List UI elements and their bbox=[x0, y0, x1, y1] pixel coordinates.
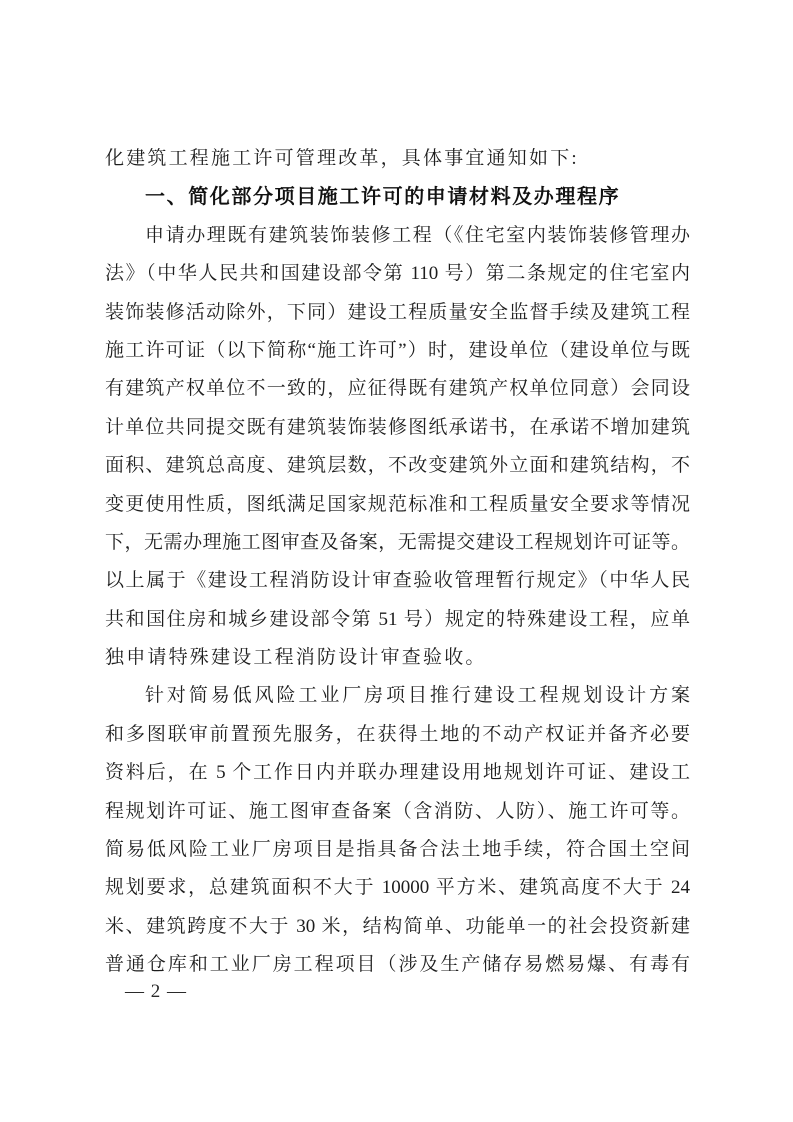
text-line: 计单位共同提交既有建筑装饰装修图纸承诺书，在承诺不增加建筑 bbox=[105, 409, 690, 447]
text-line: 米、建筑跨度不大于 30 米，结构简单、功能单一的社会投资新建 bbox=[105, 908, 690, 946]
text-line: 下，无需办理施工图审查及备案，无需提交建设工程规划许可证等。 bbox=[105, 524, 690, 562]
text-line: 针对简易低风险工业厂房项目推行建设工程规划设计方案 bbox=[105, 677, 690, 715]
text-line: 面积、建筑总高度、建筑层数，不改变建筑外立面和建筑结构，不 bbox=[105, 447, 690, 485]
text-line: 化建筑工程施工许可管理改革，具体事宜通知如下: bbox=[105, 140, 690, 178]
text-line: 装饰装修活动除外，下同）建设工程质量安全监督手续及建筑工程 bbox=[105, 294, 690, 332]
page-number: — 2 — bbox=[125, 981, 187, 1002]
text-line: 变更使用性质，图纸满足国家规范标准和工程质量安全要求等情况 bbox=[105, 486, 690, 524]
text-line: 简易低风险工业厂房项目是指具备合法土地手续，符合国土空间 bbox=[105, 831, 690, 869]
text-line: 共和国住房和城乡建设部令第 51 号）规定的特殊建设工程，应单 bbox=[105, 601, 690, 639]
text-line: 法》（中华人民共和国建设部令第 110 号）第二条规定的住宅室内 bbox=[105, 255, 690, 293]
text-line: 程规划许可证、施工图审查备案（含消防、人防）、施工许可等。 bbox=[105, 793, 690, 831]
text-line: 普通仓库和工业厂房工程项目（涉及生产储存易燃易爆、有毒有 bbox=[105, 946, 690, 984]
text-line: 和多图联审前置预先服务，在获得土地的不动产权证并备齐必要 bbox=[105, 716, 690, 754]
text-line: 资料后，在 5 个工作日内并联办理建设用地规划许可证、建设工 bbox=[105, 754, 690, 792]
text-line: 以上属于《建设工程消防设计审查验收管理暂行规定》（中华人民 bbox=[105, 562, 690, 600]
text-line: 独申请特殊建设工程消防设计审查验收。 bbox=[105, 639, 690, 677]
text-line: 施工许可证（以下简称“施工许可”）时，建设单位（建设单位与既 bbox=[105, 332, 690, 370]
document-body: 化建筑工程施工许可管理改革，具体事宜通知如下:一、简化部分项目施工许可的申请材料… bbox=[105, 140, 690, 985]
page-footer: — 2 — bbox=[125, 980, 187, 1004]
text-line: 规划要求，总建筑面积不大于 10000 平方米、建筑高度不大于 24 bbox=[105, 869, 690, 907]
text-line: 有建筑产权单位不一致的，应征得既有建筑产权单位同意）会同设 bbox=[105, 370, 690, 408]
section-heading: 一、简化部分项目施工许可的申请材料及办理程序 bbox=[105, 178, 690, 216]
document-page: 化建筑工程施工许可管理改革，具体事宜通知如下:一、简化部分项目施工许可的申请材料… bbox=[0, 0, 793, 1122]
text-line: 申请办理既有建筑装饰装修工程（《住宅室内装饰装修管理办 bbox=[105, 217, 690, 255]
